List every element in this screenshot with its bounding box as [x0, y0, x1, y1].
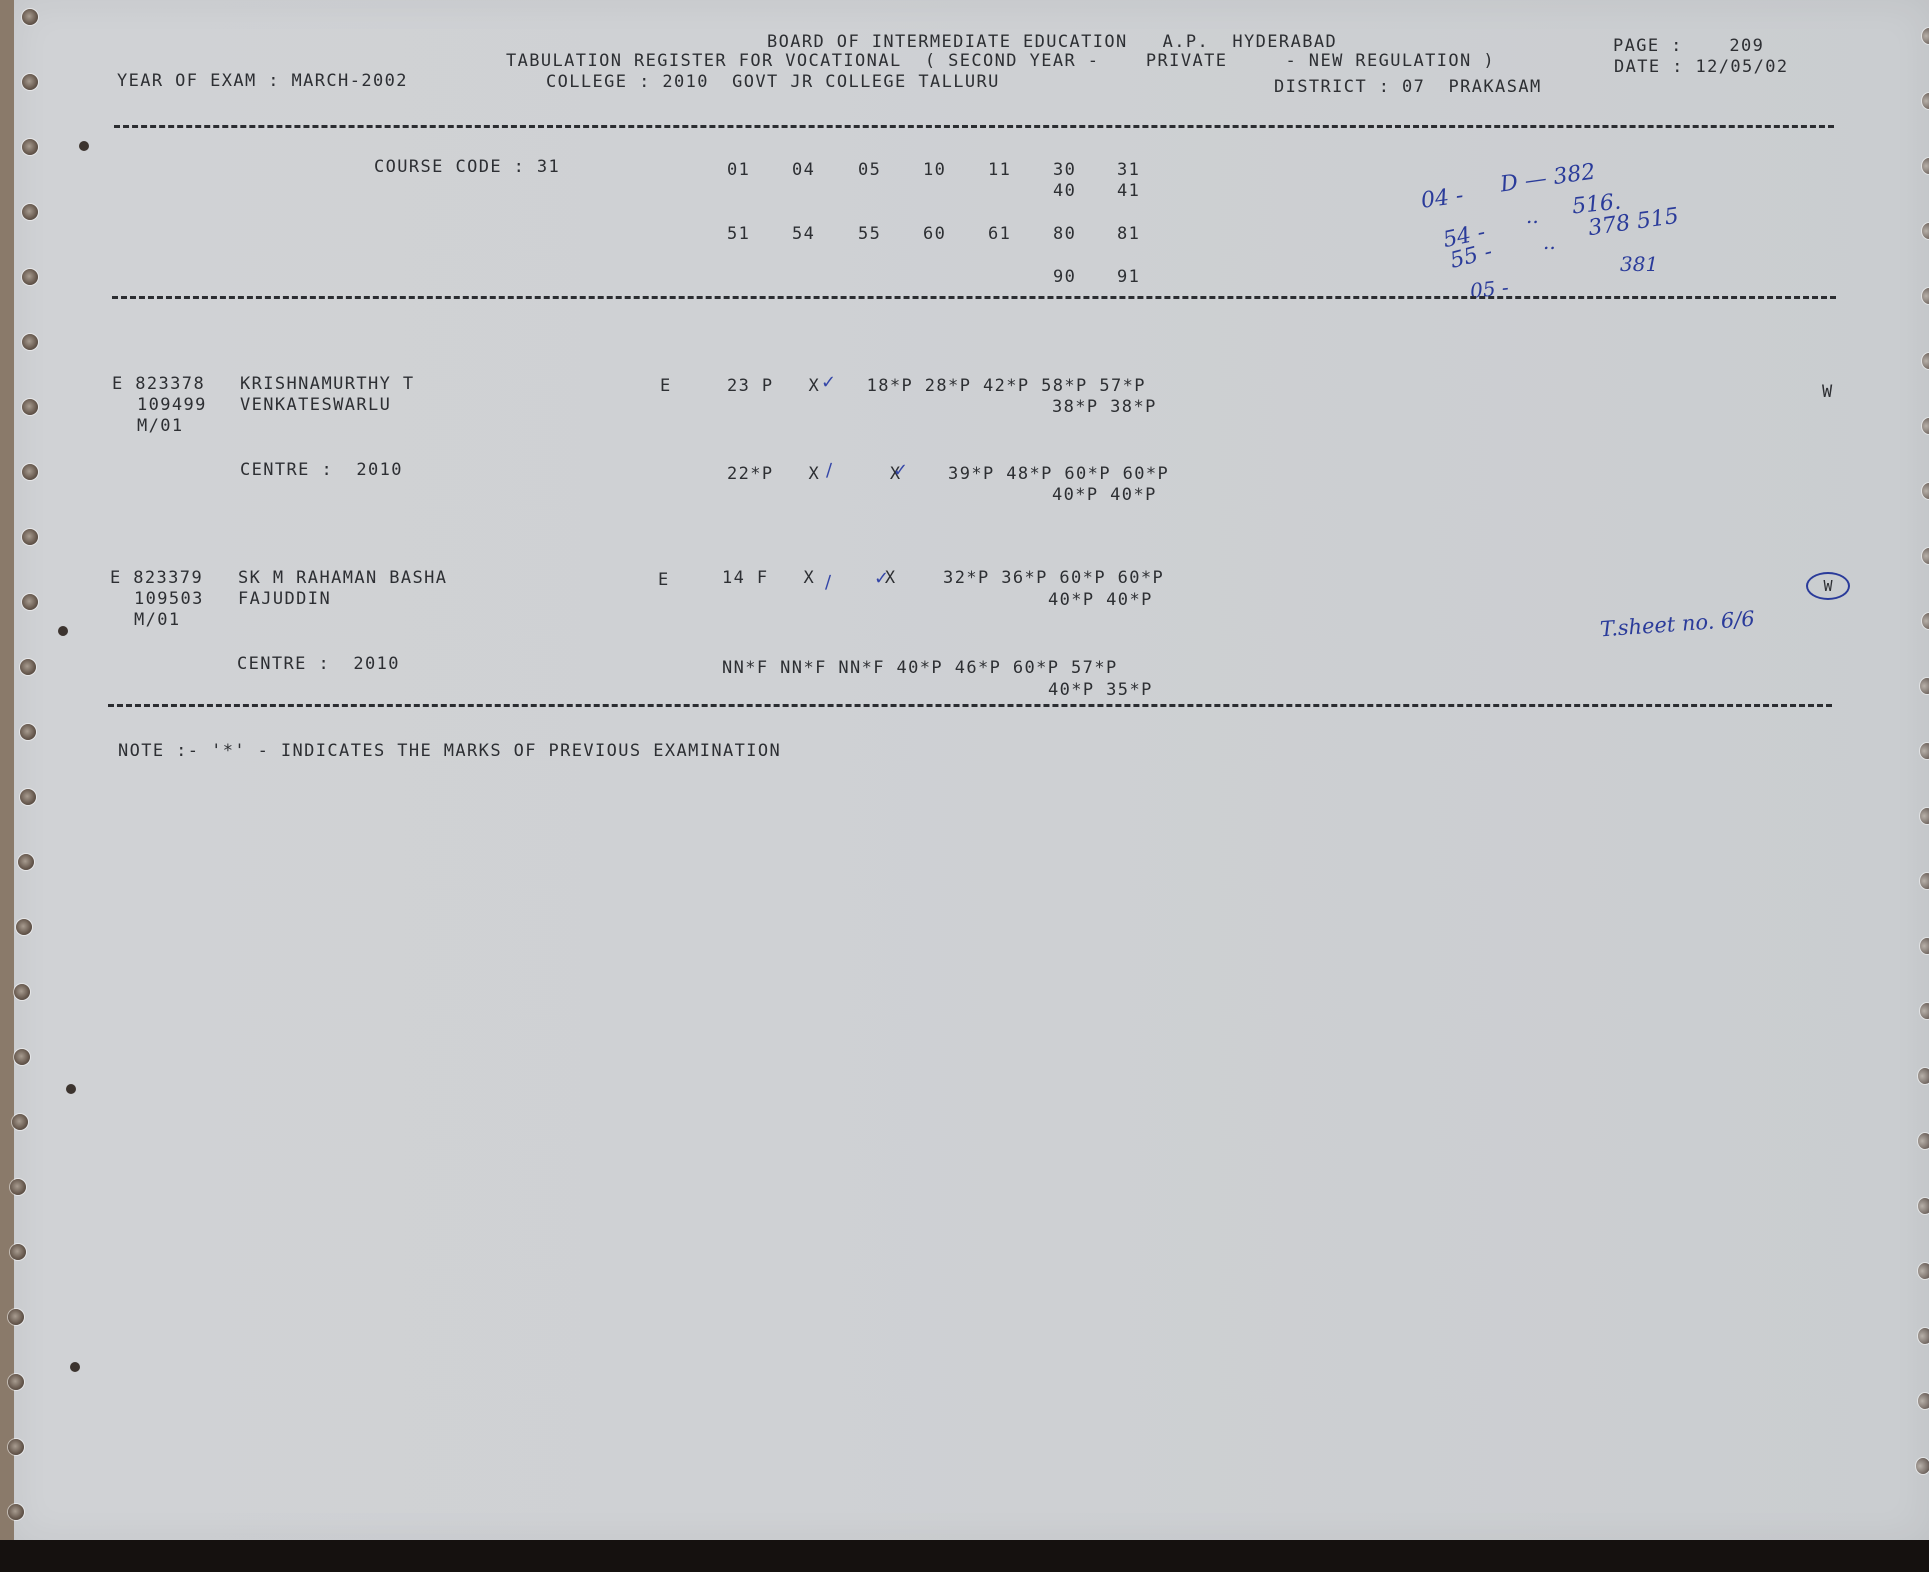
subject-code: 80 [1053, 224, 1076, 244]
marks-current-extra: 40*P 40*P [1048, 590, 1153, 610]
check-mark-icon: ✓ [893, 460, 908, 481]
hole-icon [14, 1049, 30, 1065]
candidate-id: 109499 [137, 395, 207, 415]
separator-line [112, 296, 1836, 299]
hole-icon [22, 9, 38, 25]
hole-icon [1918, 1263, 1929, 1279]
hole-icon [1922, 353, 1929, 369]
marks-previous: NN*F NN*F NN*F 40*P 46*P 60*P 57*P [722, 658, 1118, 678]
hole-icon [1922, 613, 1929, 629]
hole-icon [1918, 1393, 1929, 1409]
hole-icon [12, 1114, 28, 1130]
hole-icon [1920, 873, 1929, 889]
hole-icon [1920, 743, 1929, 759]
candidate-name: KRISHNAMURTHY T [240, 374, 415, 394]
hole-icon [20, 659, 36, 675]
subject-code: 05 [858, 160, 881, 180]
marks-current: 23 P X 18*P 28*P 42*P 58*P 57*P [727, 376, 1146, 396]
pin-hole-icon [66, 1084, 76, 1094]
hole-icon [22, 74, 38, 90]
hole-icon [1918, 1328, 1929, 1344]
subject-code: 60 [923, 224, 946, 244]
medium: E [658, 570, 670, 590]
hole-icon [10, 1244, 26, 1260]
hole-icon [1920, 938, 1929, 954]
hole-icon [1920, 808, 1929, 824]
hole-icon [20, 789, 36, 805]
hole-icon [8, 1309, 24, 1325]
subject-code: 90 [1053, 267, 1076, 287]
subject-code: 01 [727, 160, 750, 180]
subject-code: 04 [792, 160, 815, 180]
hole-icon [10, 1179, 26, 1195]
hole-icon [20, 724, 36, 740]
background-below-sheet [0, 1540, 1929, 1572]
father-name: FAJUDDIN [238, 589, 331, 609]
hole-icon [22, 334, 38, 350]
subject-code: 41 [1117, 181, 1140, 201]
board-title: BOARD OF INTERMEDIATE EDUCATION A.P. HYD… [767, 32, 1337, 52]
hole-icon [14, 984, 30, 1000]
hole-icon [1922, 288, 1929, 304]
pin-hole-icon [58, 626, 68, 636]
hole-icon [8, 1439, 24, 1455]
hole-icon [1920, 1003, 1929, 1019]
registration-number: E 823378 [112, 374, 205, 394]
subject-code: 54 [792, 224, 815, 244]
pin-hole-icon [79, 141, 89, 151]
hole-icon [1922, 223, 1929, 239]
subject-code: 30 [1053, 160, 1076, 180]
report-date: DATE : 12/05/02 [1614, 57, 1789, 77]
check-mark-icon: ∕ [826, 460, 832, 481]
subject-code: 81 [1117, 224, 1140, 244]
subject-code: 10 [923, 160, 946, 180]
separator-line [108, 704, 1832, 707]
exam-centre: CENTRE : 2010 [240, 460, 403, 480]
hole-icon [22, 464, 38, 480]
hole-icon [22, 399, 38, 415]
hole-icon [1922, 158, 1929, 174]
subject-code: 61 [988, 224, 1011, 244]
hole-icon [16, 919, 32, 935]
hole-icon [1918, 1068, 1929, 1084]
hole-icon [1918, 1133, 1929, 1149]
footnote: NOTE :- '*' - INDICATES THE MARKS OF PRE… [118, 741, 781, 761]
subject-code: 40 [1053, 181, 1076, 201]
withheld-flag-circled: W [1806, 572, 1850, 600]
handwritten-note: .. [1526, 204, 1539, 228]
separator-line [114, 125, 1834, 128]
course-code-label: COURSE CODE : 31 [374, 157, 560, 177]
college-line: COLLEGE : 2010 GOVT JR COLLEGE TALLURU [546, 72, 1000, 92]
hole-icon [22, 139, 38, 155]
subject-code: 91 [1117, 267, 1140, 287]
hole-icon [1922, 418, 1929, 434]
hole-icon [1916, 1458, 1929, 1474]
exam-centre: CENTRE : 2010 [237, 654, 400, 674]
subject-code: 31 [1117, 160, 1140, 180]
hole-icon [1922, 93, 1929, 109]
candidate-name: SK M RAHAMAN BASHA [238, 568, 447, 588]
medium: E [660, 376, 672, 396]
registration-number: E 823379 [110, 568, 203, 588]
check-mark-icon: ✓ [821, 372, 836, 393]
hole-icon [22, 204, 38, 220]
withheld-flag: W [1822, 382, 1834, 402]
hole-icon [1920, 678, 1929, 694]
district-line: DISTRICT : 07 PRAKASAM [1274, 77, 1542, 97]
marks-current: 14 F X X 32*P 36*P 60*P 60*P [722, 568, 1164, 588]
check-mark-icon: ∕ [825, 572, 831, 593]
hole-icon [8, 1504, 24, 1520]
page-number: PAGE : 209 [1613, 36, 1764, 56]
marks-current-extra: 38*P 38*P [1052, 397, 1157, 417]
pin-hole-icon [70, 1362, 80, 1372]
marks-previous-extra: 40*P 40*P [1052, 485, 1157, 505]
handwritten-note: .. [1543, 230, 1556, 254]
hole-icon [22, 529, 38, 545]
withheld-flag: W [1823, 577, 1832, 595]
hole-icon [22, 269, 38, 285]
year-of-exam: YEAR OF EXAM : MARCH-2002 [117, 71, 408, 91]
subject-code: 55 [858, 224, 881, 244]
candidate-code: M/01 [134, 610, 181, 630]
father-name: VENKATESWARLU [240, 395, 391, 415]
register-title: TABULATION REGISTER FOR VOCATIONAL ( SEC… [506, 51, 1495, 71]
marks-previous-extra: 40*P 35*P [1048, 680, 1153, 700]
hole-icon [22, 594, 38, 610]
subject-code: 11 [988, 160, 1011, 180]
hole-icon [1918, 1198, 1929, 1214]
hole-icon [1922, 483, 1929, 499]
check-mark-icon: ✓ [874, 568, 889, 589]
subject-code: 51 [727, 224, 750, 244]
handwritten-note: 381 [1620, 252, 1658, 276]
marks-previous: 22*P X X 39*P 48*P 60*P 60*P [727, 464, 1169, 484]
hole-icon [1922, 28, 1929, 44]
candidate-code: M/01 [137, 416, 184, 436]
candidate-id: 109503 [134, 589, 204, 609]
hole-icon [8, 1374, 24, 1390]
hole-icon [1922, 548, 1929, 564]
hole-icon [18, 854, 34, 870]
